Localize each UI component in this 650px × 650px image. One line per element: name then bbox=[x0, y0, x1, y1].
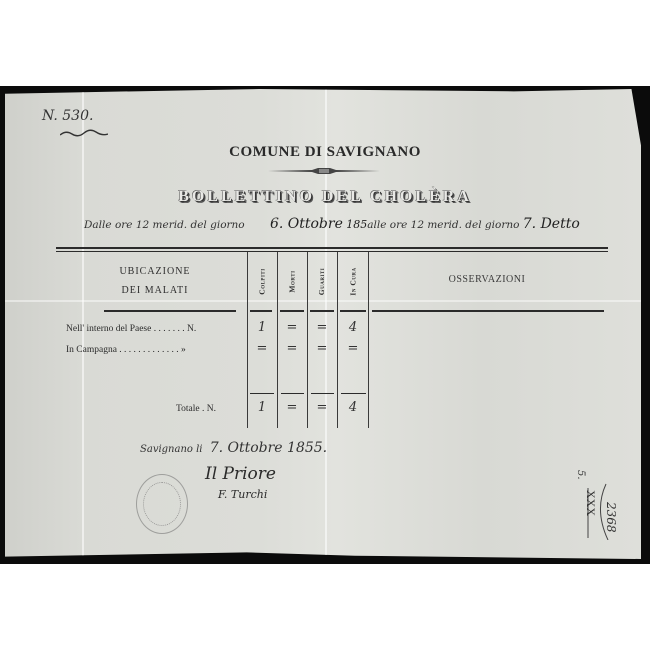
header-bottom-rule bbox=[104, 310, 236, 312]
header-bottom-rule bbox=[340, 310, 366, 312]
archive-roman: XXX bbox=[583, 490, 598, 516]
observations-header: OSSERVAZIONI bbox=[372, 274, 602, 285]
period-from-year: 185 bbox=[346, 218, 367, 231]
total-rule bbox=[311, 393, 334, 394]
total-colpiti: 1 bbox=[245, 400, 279, 415]
location-header-line2: DEI MALATI bbox=[80, 285, 230, 296]
reporting-period: Dalle ore 12 merid. del giorno 6. Ottobr… bbox=[84, 216, 580, 232]
header-bottom-rule bbox=[250, 310, 272, 312]
ornament-divider-icon bbox=[268, 167, 380, 175]
cell-paese-guariti: = bbox=[305, 320, 339, 335]
flourish-icon bbox=[60, 128, 108, 138]
row-label-campagna: In Campagna . . . . . . . . . . . . . » bbox=[66, 345, 186, 355]
cell-paese-colpiti: 1 bbox=[245, 320, 279, 335]
location-header-line1: UBICAZIONE bbox=[80, 266, 230, 277]
total-label: Totale . N. bbox=[176, 404, 216, 414]
total-rule bbox=[250, 393, 274, 394]
signature-date: 7. Ottobre 1855. bbox=[210, 440, 327, 456]
archive-number: 2368 bbox=[604, 502, 618, 533]
cell-campagna-colpiti: = bbox=[245, 341, 279, 356]
signatory-name: F. Turchi bbox=[218, 488, 267, 501]
header-bottom-rule bbox=[280, 310, 304, 312]
cell-campagna-guariti: = bbox=[305, 341, 339, 356]
reference-number: N. 530. bbox=[42, 108, 93, 124]
total-rule bbox=[341, 393, 366, 394]
table-top-rule-thin bbox=[56, 251, 608, 252]
period-to-label: alle ore 12 merid. del giorno bbox=[367, 219, 519, 231]
archive-marks: 5. XXX 2368 bbox=[546, 460, 616, 540]
total-guariti: = bbox=[305, 400, 339, 415]
column-header-guariti: Guariti bbox=[310, 253, 334, 309]
period-to-day: 7. Detto bbox=[523, 216, 580, 232]
total-morti: = bbox=[275, 400, 309, 415]
municipality-title: COMUNE DI SAVIGNANO bbox=[0, 144, 650, 161]
signature-place-date: Savignano li 7. Ottobre 1855. bbox=[140, 440, 327, 456]
archive-suffix: 5. bbox=[575, 470, 586, 480]
official-seal-stamp bbox=[136, 474, 188, 534]
period-from-label: Dalle ore 12 merid. del giorno bbox=[84, 219, 245, 231]
header-bottom-rule bbox=[310, 310, 334, 312]
signature-place-label: Savignano li bbox=[140, 444, 203, 455]
cell-paese-in-cura: 4 bbox=[336, 320, 370, 335]
signatory-title: Il Priore bbox=[205, 464, 276, 484]
reference-prefix: N. bbox=[42, 108, 58, 124]
column-header-morti: Morti bbox=[280, 253, 304, 309]
total-in-cura: 4 bbox=[336, 400, 370, 415]
reference-value: 530. bbox=[62, 108, 93, 124]
column-header-colpiti: Colpiti bbox=[250, 253, 274, 309]
period-from-day: 6. Ottobre bbox=[270, 216, 343, 232]
total-rule bbox=[281, 393, 304, 394]
column-header-in-cura: In Cura bbox=[341, 253, 365, 309]
cell-campagna-morti: = bbox=[275, 341, 309, 356]
row-label-paese: Nell' interno del Paese . . . . . . . N. bbox=[66, 324, 196, 334]
table-top-rule bbox=[56, 247, 608, 249]
header-bottom-rule bbox=[372, 310, 604, 312]
bulletin-title: BOLLETTINO DEL CHOLÈRA bbox=[0, 188, 650, 206]
cell-paese-morti: = bbox=[275, 320, 309, 335]
cell-campagna-in-cura: = bbox=[336, 341, 370, 356]
